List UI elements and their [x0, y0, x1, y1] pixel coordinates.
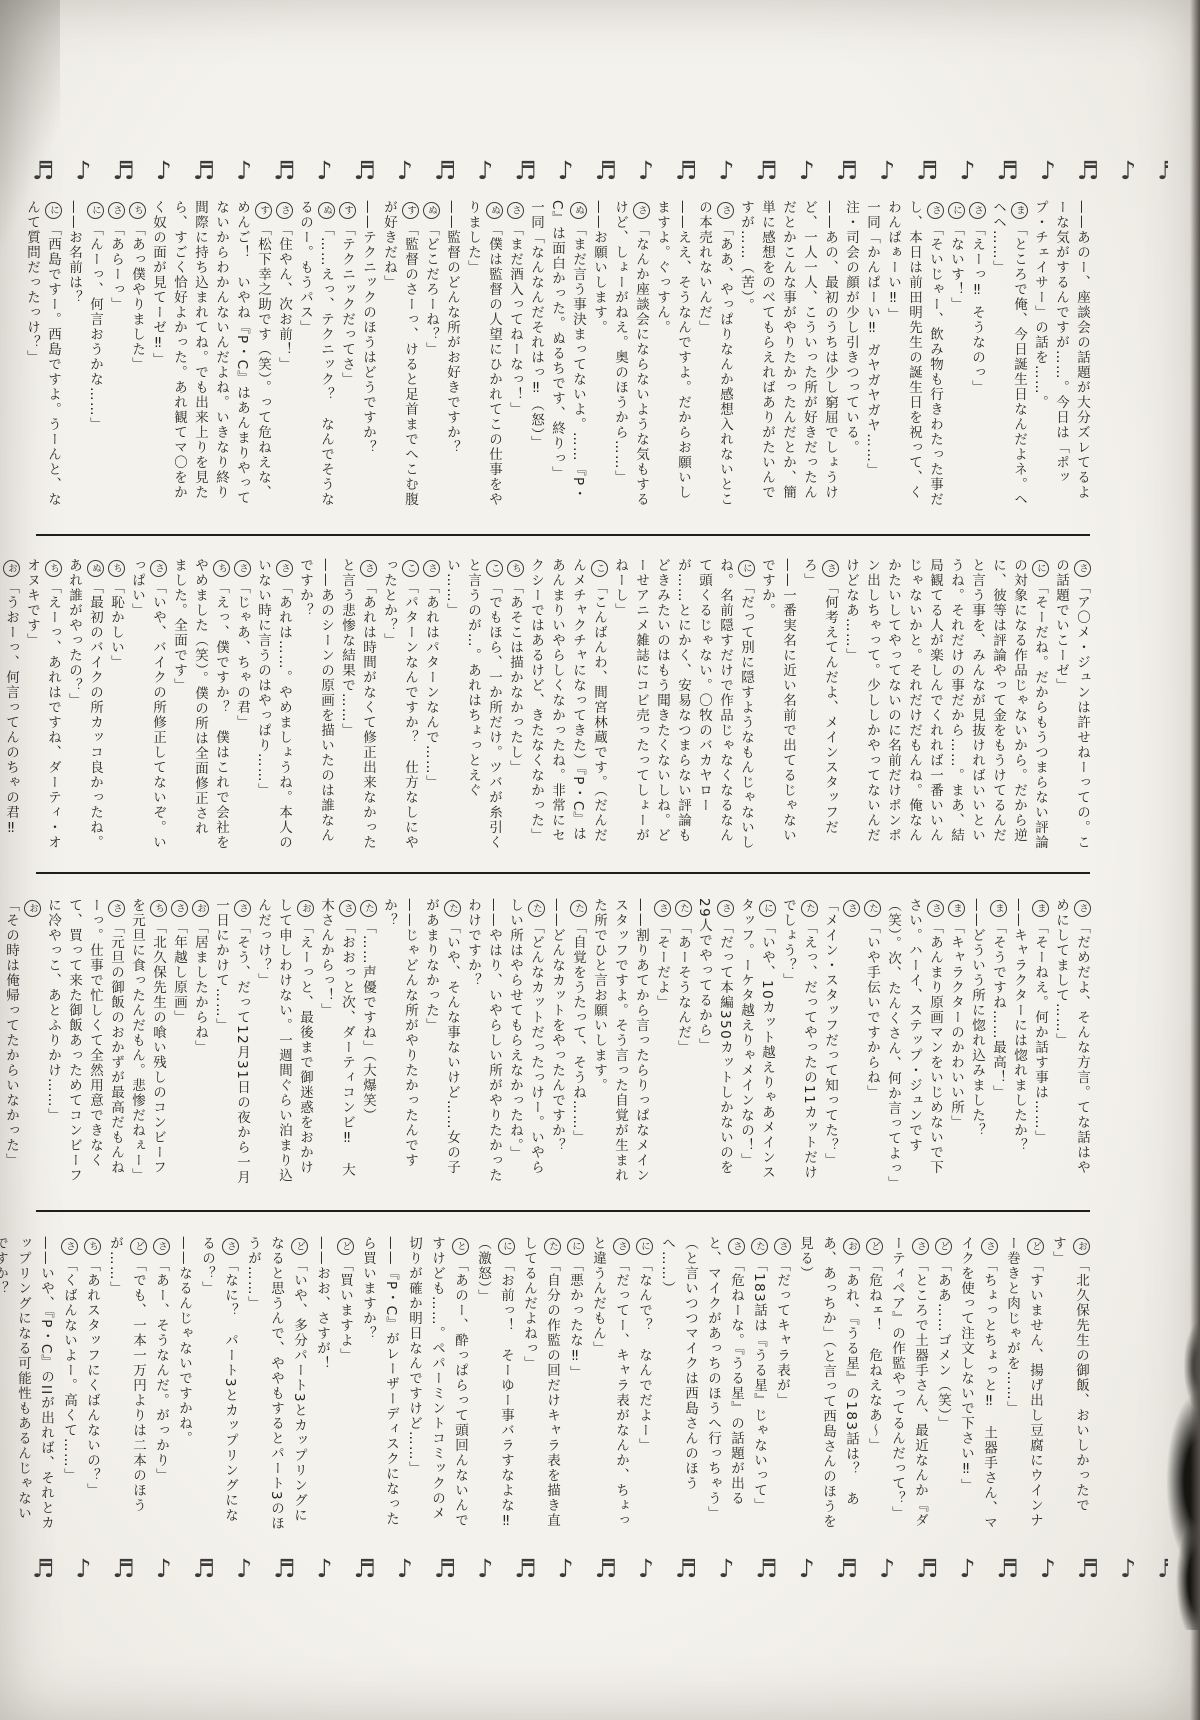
dialogue-line: に「お前っ！ そーゆー事バラすなよな‼（激怒）」 — [471, 1236, 517, 1534]
dialogue-line: ——いや、『P・C』のIIが出れば、それとカップリングになる可能性もあるんじゃな… — [0, 1236, 57, 1534]
speaker-mark: に — [567, 1238, 584, 1255]
dialogue-line: こ「でもほら、一か所だけ。ツバが糸引くと言うのが…。あれはちょっとえぐい……」 — [441, 558, 504, 850]
speaker-mark: た — [544, 1238, 561, 1255]
dialogue-line: た「いや手伝いですからね」 — [861, 898, 882, 1188]
speaker-mark: ど — [130, 1238, 147, 1255]
dialogue-line: さ「メイン・スタッフだって知ってた？」 — [819, 898, 861, 1188]
speaker-mark: さ — [717, 900, 734, 917]
dialogue-line: 一同「なんなんだそれはっ‼（怒）」 — [525, 200, 546, 512]
dialogue-line: に「だって別に隠すようなもんじゃないしね。名前隠すだけで作品じゃなくなるなんて頭… — [609, 558, 756, 850]
speaker-mark: た — [751, 1238, 768, 1255]
dialogue-line: ——キャラクターには惚れましたか？ — [1008, 898, 1029, 1188]
speaker-mark: お — [1073, 1238, 1090, 1255]
speaker-mark: に — [45, 202, 62, 219]
dialogue-line: た「あーそうなんだ」 — [672, 898, 693, 1188]
dialogue-line: ——どういう所に惚れ込みました？ — [966, 898, 987, 1188]
dialogue-line: た「どんなカットだったっけー。いやらしい所はやらせてもらえなかったね。」 — [504, 898, 546, 1188]
speaker-mark: さ — [843, 900, 860, 917]
speaker-mark: さ — [108, 202, 125, 219]
speaker-mark: お — [192, 900, 209, 917]
band-divider — [36, 872, 1090, 874]
dialogue-line: ど「ああ……ゴメン（笑）」 — [931, 1236, 954, 1534]
speaker-mark: に — [738, 560, 755, 577]
speaker-mark: さ — [728, 1238, 745, 1255]
speaker-mark: す — [339, 202, 356, 219]
speaker-mark: た — [675, 900, 692, 917]
speaker-mark: た — [360, 900, 377, 917]
speaker-mark: ち — [84, 1238, 101, 1255]
speaker-mark: た — [864, 900, 881, 917]
dialogue-line: こ「こんばんわ、間宮林蔵です。（だんだんメチャクチャになってきた）『P・C』はあ… — [525, 558, 609, 850]
band-divider — [36, 534, 1090, 536]
dialogue-line: に「そーだね。だからもうつまらない評論の対象になる作品じゃないから。だから逆に、… — [840, 558, 1050, 850]
scan-edge-shadow — [1190, 0, 1200, 1720]
dialogue-line: ま「ところで俺、今日誕生日なんだよネ。ヘヘヘ……」 — [987, 200, 1029, 512]
dialogue-line: た「183話は『うる星』じゃないって」 — [747, 1236, 770, 1534]
dialogue-line: た「……声優ですね」（大爆笑） — [357, 898, 378, 1188]
speaker-mark: さ — [507, 202, 524, 219]
speaker-mark: さ — [153, 1238, 170, 1255]
music-notes-border-top: ♬♪♬♪♬♪♬♪♬♪♬♪♬♪♬♪♬♪♬♪♬♪♬♪♬♪♬♪♬♪♬♪ — [32, 150, 1168, 192]
dialogue-line: さ「あれは時間がなくて修正出来なかったと言う悲惨な結果で……」 — [336, 558, 378, 850]
dialogue-line: こ「パターンなんですか？ 仕方なしにやったとか？」 — [378, 558, 420, 850]
speaker-mark: ま — [990, 900, 1007, 917]
speaker-mark: さ — [1074, 900, 1091, 917]
dialogue-line: ど「いや、多分パート3とカップリングになると思うんで、ややもするとパート3のほう… — [241, 1236, 310, 1534]
speaker-mark: さ — [360, 560, 377, 577]
speaker-mark: さ — [234, 900, 251, 917]
speaker-mark: さ — [654, 900, 671, 917]
dialogue-line: さ「なに？ パート3とカップリングになるの？」 — [195, 1236, 241, 1534]
speaker-mark: た — [444, 900, 461, 917]
dialogue-line: ——一番実名に近い名前で出てるじゃないですか。 — [756, 558, 798, 850]
speaker-mark: さ — [927, 202, 944, 219]
speaker-mark: た — [801, 900, 818, 917]
dialogue-line: さ「くばんないよー。高くて……」 — [57, 1236, 80, 1534]
dialogue-band-3: さ「だめだよ、そんな方言。てな話はやめにしてまして……」ま「そーねえ。何か話す事… — [36, 898, 1092, 1188]
speaker-mark: さ — [61, 1238, 78, 1255]
dialogue-line: に「なんで？ なんでだよー」 — [632, 1236, 655, 1534]
dialogue-band-2: さ「ア〇メ・ジュンは許せねーっての。この話題でいこーゼ」に「そーだね。だからもう… — [36, 558, 1092, 850]
speaker-mark: と — [452, 1238, 469, 1255]
dialogue-line: お「その時は俺帰ってたからいなかった」 — [0, 898, 42, 1188]
dialogue-line: さ「なんか座談会にならないような気もするけど、しょーがねえ。奥のほうから……」 — [609, 200, 651, 512]
speaker-mark: ち — [213, 560, 230, 577]
speaker-mark: お — [24, 900, 41, 917]
dialogue-line: さ「そう、だって12月31日の夜から一月一日にかけて……」 — [210, 898, 252, 1188]
speaker-mark: さ — [171, 900, 188, 917]
speaker-mark: ち — [45, 560, 62, 577]
speaker-mark: ち — [108, 560, 125, 577]
dialogue-line: ち「恥かしい」 — [105, 558, 126, 850]
dialogue-line: お「あれ、『うる星』の183話は？ ああ、あっちか」（と言って西島さんのほうを見… — [793, 1236, 862, 1534]
dialogue-line: ど「買いますよ」 — [333, 1236, 356, 1534]
dialogue-line: ぬ「……えっ、テクニック？ なんでそうなるのー。もうパス」 — [294, 200, 336, 512]
dialogue-line: ——ええ、そうなんですよ。だからお願いしますよ。ぐっすん。 — [651, 200, 693, 512]
dialogue-line: ぬ「最初のバイクの所カッコ良かったね。あれ誰がやったの？」 — [63, 558, 105, 850]
speaker-mark: さ — [150, 560, 167, 577]
dialogue-line: た「いや、そんな事ないけど……女の子があまりなかった」 — [420, 898, 462, 1188]
speaker-mark: ち — [129, 202, 146, 219]
speaker-mark: お — [297, 900, 314, 917]
speaker-mark: ぬ — [87, 560, 104, 577]
dialogue-line: ——あの、最初のうちは少し窮屈でしょうけど、一人一人、こういった所が好きだったん… — [735, 200, 840, 512]
speaker-mark: に — [498, 1238, 515, 1255]
dialogue-line: ち「あそこは描かなかったし」 — [504, 558, 525, 850]
dialogue-line: ち「北久保先生の喰い残しのコンビーフを元旦に食ったんだもん。悲惨だねぇー」 — [126, 898, 168, 1188]
dialogue-line: お「居ましたからね」 — [189, 898, 210, 1188]
dialogue-line: ——やはり、いやらしい所がやりたかったわけですか？ — [462, 898, 504, 1188]
dialogue-line: さ「あらーっ」 — [105, 200, 126, 512]
dialogue-line: に「ないす！」 — [945, 200, 966, 512]
dialogue-line: さ「ア〇メ・ジュンは許せねーっての。この話題でいこーゼ」 — [1050, 558, 1092, 850]
speaker-mark: さ — [339, 900, 356, 917]
dialogue-line: ぬ「僕は監督の人望にひかれてこの仕事をやりました」 — [462, 200, 504, 512]
dialogue-line: さ「ああ、やっぱりなんか感想入れないとこの本売れないんだ」 — [693, 200, 735, 512]
music-notes-border-bottom: ♬♪♬♪♬♪♬♪♬♪♬♪♬♪♬♪♬♪♬♪♬♪♬♪♬♪♬♪♬♪♬♪ — [32, 1548, 1168, 1590]
dialogue-line: ——あのー、座談会の話題が大分ズレてるよーな気がするんですが……。今日は「ポップ… — [1029, 200, 1092, 512]
speaker-mark: こ — [486, 560, 503, 577]
dialogue-line: た「自分の作監の回だけキャラ表を描き直してるんだよねっ」 — [517, 1236, 563, 1534]
speaker-mark: さ — [423, 560, 440, 577]
speaker-mark: さ — [234, 560, 251, 577]
dialogue-line: ち「あっ僕やりました」 — [126, 200, 147, 512]
speaker-mark: ぬ — [423, 202, 440, 219]
dialogue-line: さ「そいじゃー、飲み物も行きわたった事だし、本日は前田明先生の誕生日を祝って、く… — [882, 200, 945, 512]
dialogue-line: さ「何考えてんだよ、メインスタッフだろ」 — [798, 558, 840, 850]
dialogue-line: ——おお、さすが！ — [310, 1236, 333, 1534]
speaker-mark: ど — [1027, 1238, 1044, 1255]
speaker-mark: さ — [633, 202, 650, 219]
dialogue-line: ——『P・C』がレーザーディスクになったら買いますか？ — [356, 1236, 402, 1534]
dialogue-line: さ「ところで土器手さん、最近なんか『ダーティペア』の作監やってるんだって？」 — [885, 1236, 931, 1534]
speaker-mark: お — [3, 560, 20, 577]
scanned-page: ♬♪♬♪♬♪♬♪♬♪♬♪♬♪♬♪♬♪♬♪♬♪♬♪♬♪♬♪♬♪♬♪ ——あのー、座… — [0, 0, 1200, 1720]
speaker-mark: さ — [613, 1238, 630, 1255]
dialogue-line: ——お名前は？ — [63, 200, 84, 512]
speaker-mark: さ — [981, 1238, 998, 1255]
speaker-mark: さ — [222, 1238, 239, 1255]
dialogue-line: ——あのシーンの原画を描いたのは誰なんですか？ — [294, 558, 336, 850]
dialogue-line: ぬ「どこだろーね？」 — [420, 200, 441, 512]
speaker-mark: さ — [927, 900, 944, 917]
dialogue-line: ち「えーっ、あれはですね、ダーティ・オオヌキです」 — [21, 558, 63, 850]
speaker-mark: ち — [150, 900, 167, 917]
dialogue-line: さ「あー、そうなんだ。がっかり」 — [149, 1236, 172, 1534]
dialogue-line: さ「だめだよ、そんな方言。てな話はやめにしてまして……」 — [1050, 898, 1092, 1188]
dialogue-line: ま「そうですね……最高！」 — [987, 898, 1008, 1188]
dialogue-line: さ「ちょっとちょっと‼ 土器手さん、マイクを使って注文しないで下さい‼」 — [954, 1236, 1000, 1534]
dialogue-line: に「いや、10カット越えりゃあメインスタッフ。ーケタ越えりゃメインなの！」 — [735, 898, 777, 1188]
speaker-mark: さ — [717, 202, 734, 219]
speaker-mark: ど — [291, 1238, 308, 1255]
dialogue-line: ——なるんじゃないですかね。 — [172, 1236, 195, 1534]
dialogue-line: す「テクニックだってさ」 — [336, 200, 357, 512]
speaker-mark: ど — [866, 1238, 883, 1255]
dialogue-line: さ「あんまり原画マンをいじめないで下さい。ハーイ、ステップ・ジュンです（笑）。次… — [882, 898, 945, 1188]
speaker-mark: に — [1032, 560, 1049, 577]
speaker-mark: さ — [1074, 560, 1091, 577]
dialogue-line: お「北久保先生の御飯、おいしかったです」 — [1046, 1236, 1092, 1534]
dialogue-line: 一同「かんぱーい‼ ガヤガヤガヤ……」 — [861, 200, 882, 512]
speaker-mark: に — [87, 202, 104, 219]
dialogue-line: す「監督のさーっ、けると足首までへこむ腹が好きだね」 — [378, 200, 420, 512]
speaker-mark: す — [255, 202, 272, 219]
speaker-mark: さ — [774, 1238, 791, 1255]
dialogue-line: さ「えーっ‼ そうなのっ」 — [966, 200, 987, 512]
dialogue-line: さ「あれは……。やめましょうね。本人のいない時に言うのはやっぱり……」 — [252, 558, 294, 850]
dialogue-line: ど「危ねェ！ 危ねえなあ～」 — [862, 1236, 885, 1534]
dialogue-line: す「松下幸之助です（笑）。って危ねえな、めんご！ いやね『P・C』はあんまりやっ… — [147, 200, 273, 512]
speaker-mark: さ — [276, 202, 293, 219]
dialogue-line: ち「あれスタッフにくばんないの？」 — [80, 1236, 103, 1534]
dialogue-line: さ「住やん、次お前！」 — [273, 200, 294, 512]
speaker-mark: こ — [591, 560, 608, 577]
dialogue-line: さ「そーだよ」 — [651, 898, 672, 1188]
speaker-mark: ぬ — [318, 202, 335, 219]
dialogue-line: 注・司会の顔が少し引きつっている。 — [840, 200, 861, 512]
dialogue-line: た「えっ、だってやったの11カットだけでしょう？」 — [777, 898, 819, 1188]
speaker-mark: に — [948, 202, 965, 219]
dialogue-line: ——お願いします。 — [588, 200, 609, 512]
speaker-mark: ま — [948, 900, 965, 917]
dialogue-line: に「西島ですー。西島ですよ。うーんと、なんて質問だったっけ？」 — [21, 200, 63, 512]
dialogue-line: ま「そーねえ。何か話す事は……」 — [1029, 898, 1050, 1188]
speaker-mark: ぬ — [486, 202, 503, 219]
dialogue-line: と「あのー、酔っぱらって頭回んないんですけども……。ペパーミントコミックのメ切り… — [402, 1236, 471, 1534]
dialogue-line: さ「あれはパターンなんで……」 — [420, 558, 441, 850]
dialogue-line: さ「じゃあ、ちゃの君」 — [231, 558, 252, 850]
speaker-mark: ど — [337, 1238, 354, 1255]
speaker-mark: に — [636, 1238, 653, 1255]
speaker-mark: す — [402, 202, 419, 219]
speaker-mark: ま — [1032, 900, 1049, 917]
dialogue-line: ぬ「まだ言う事決まってないよ。……『P・C』は面白かった。ぬるちです、終りっ」 — [546, 200, 588, 512]
dialogue-line: ——どんなカットをやったんですか？ — [546, 898, 567, 1188]
dialogue-line: ど「でも、一本一万円よりは二本のほうが……」 — [103, 1236, 149, 1534]
dialogue-line: に「んーっ、何言おうかな……」 — [84, 200, 105, 512]
speaker-mark: さ — [108, 900, 125, 917]
dialogue-line: さ「だってキャラ表が」 — [770, 1236, 793, 1534]
dialogue-line: さ「だってー、キャラ表がなんか、ちょっと違うんだもん」 — [586, 1236, 632, 1534]
dialogue-line: さ「まだ酒入ってねーなっ！」 — [504, 200, 525, 512]
speaker-mark: に — [759, 900, 776, 917]
dialogue-line: ——監督のどんな所がお好きですか？ — [441, 200, 462, 512]
speaker-mark: ど — [935, 1238, 952, 1255]
speaker-mark: お — [843, 1238, 860, 1255]
speaker-mark: た — [528, 900, 545, 917]
dialogue-line: お「えーっと、最後まで御迷惑をおかけして申しわけない。一週間ぐらい泊まり込んだっ… — [252, 898, 315, 1188]
dialogue-line: さ「元旦の御飯のおかずが最高だもんねーっ。仕事で忙しくて全然用意できなくて、買っ… — [42, 898, 126, 1188]
dialogue-line: に「悪かったな‼」 — [563, 1236, 586, 1534]
dialogue-line: ま「キャラクターのかわいい所」 — [945, 898, 966, 1188]
speaker-mark: た — [570, 900, 587, 917]
dialogue-line: さ「だって本編350カットしかないのを29人でやってるから」 — [693, 898, 735, 1188]
dialogue-line: さ「年越し原画」 — [168, 898, 189, 1188]
dialogue-line: お「うおーっ、何言ってんのちゃの君‼（怒）」 — [0, 558, 21, 850]
speaker-mark: さ — [822, 560, 839, 577]
dialogue-line: さ「おおっと次、ダーティコンビ‼ 大木さんからっ！」 — [315, 898, 357, 1188]
speaker-mark: ち — [507, 560, 524, 577]
speaker-mark: こ — [402, 560, 419, 577]
dialogue-line: ち「えっ、僕ですか？ 僕はこれで会社をやめました（笑）。僕の所は全面修正されまし… — [168, 558, 231, 850]
speaker-mark: ぬ — [570, 202, 587, 219]
dialogue-band-4: お「北久保先生の御飯、おいしかったです」ど「すいません、揚げ出し豆腐にウインナー… — [36, 1236, 1092, 1534]
dialogue-line: ど「すいません、揚げ出し豆腐にウインナー巻きと肉じゃがを……」 — [1000, 1236, 1046, 1534]
speaker-mark: さ — [912, 1238, 929, 1255]
speaker-mark: ま — [1011, 202, 1028, 219]
dialogue-line: た「自覚をうたって、そうね……」 — [567, 898, 588, 1188]
dialogue-line: さ「いや、バイクの所修正してないぞ。いっぱい」 — [126, 558, 168, 850]
dialogue-line: ——じゃどんな所がやりたかったんですか？ — [378, 898, 420, 1188]
band-divider — [36, 1210, 1090, 1212]
speaker-mark: さ — [276, 560, 293, 577]
dialogue-line: ——割りあてから言ったらりっぱなメインスタッフですよ。そう言った自覚が生まれた所… — [588, 898, 651, 1188]
dialogue-band-1: ——あのー、座談会の話題が大分ズレてるよーな気がするんですが……。今日は「ポップ… — [36, 200, 1092, 512]
speaker-mark: さ — [969, 202, 986, 219]
dialogue-line: さ「危ねーな。『うる星』の話題が出ると、マイクがあっちのほうへ行っちゃう」（と言… — [655, 1236, 747, 1534]
dialogue-line: ——テクニックのほうはどうですか？ — [357, 200, 378, 512]
